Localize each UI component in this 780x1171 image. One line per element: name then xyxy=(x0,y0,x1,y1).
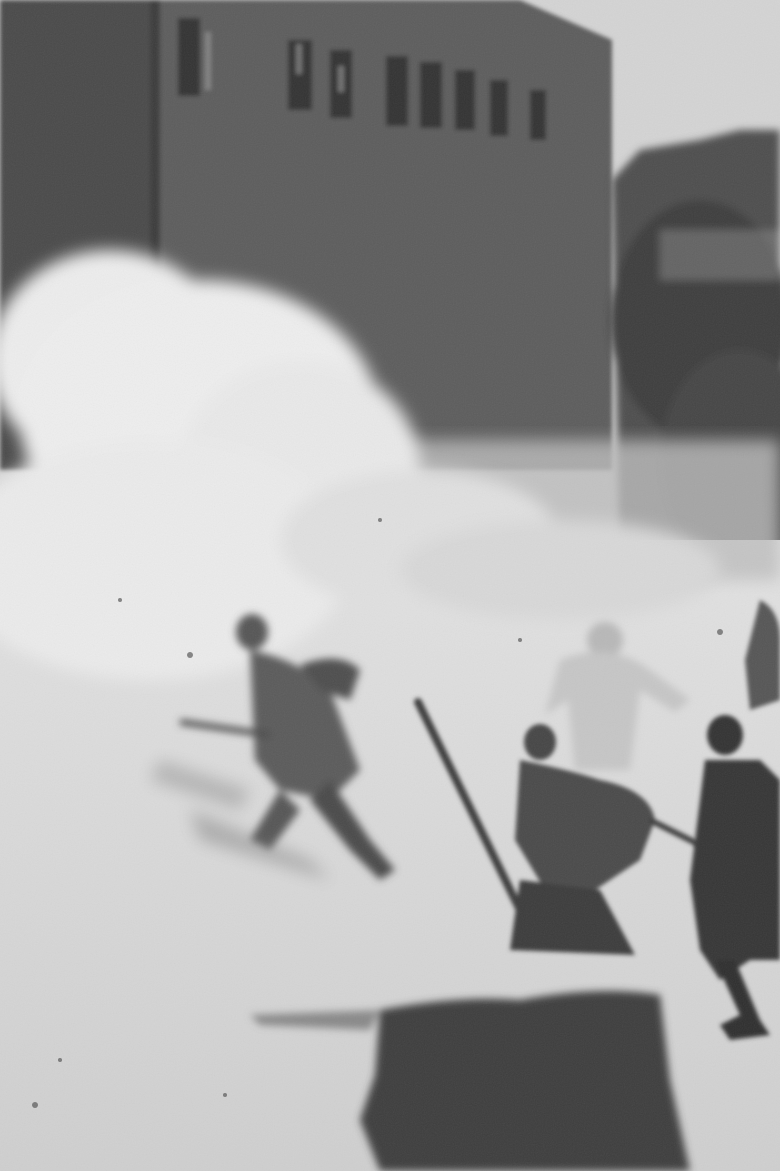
photograph xyxy=(0,0,780,1171)
film-grain xyxy=(0,0,780,1171)
